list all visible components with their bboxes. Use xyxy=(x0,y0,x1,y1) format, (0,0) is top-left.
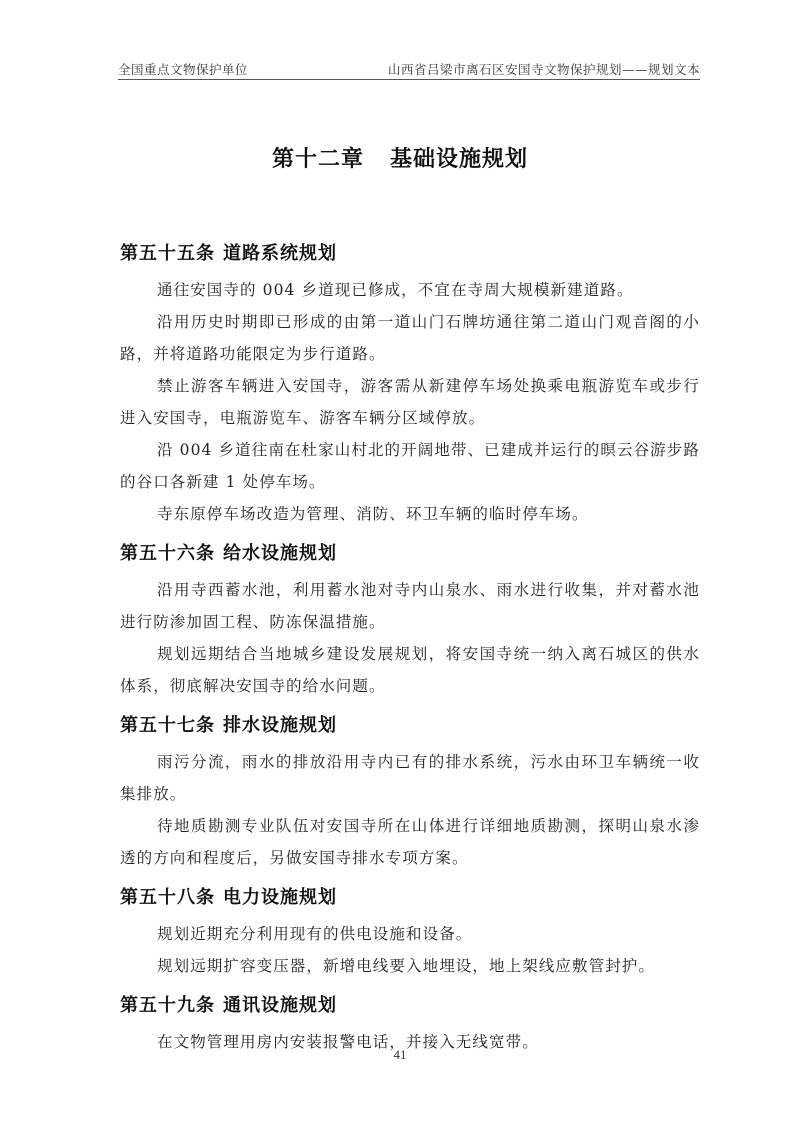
header-left: 全国重点文物保护单位 xyxy=(118,60,248,78)
chapter-title: 第十二章基础设施规划 xyxy=(0,142,800,173)
article-title: 给水设施规划 xyxy=(223,543,337,564)
paragraph: 禁止游客车辆进入安国寺，游客需从新建停车场处换乘电瓶游览车或步行进入安国寺，电瓶… xyxy=(120,370,700,434)
paragraph: 待地质勘测专业队伍对安国寺所在山体进行详细地质勘测，探明山泉水渗透的方向和程度后… xyxy=(120,810,700,874)
article-heading-59: 第五十九条通讯设施规划 xyxy=(120,986,700,1026)
chapter-name: 基础设施规划 xyxy=(390,147,528,172)
article-number: 第五十六条 xyxy=(120,543,215,564)
article-title: 通讯设施规划 xyxy=(223,995,337,1016)
body-content: 第五十五条道路系统规划 通往安国寺的 004 乡道现已修成，不宜在寺周大规模新建… xyxy=(120,230,700,1058)
article-title: 排水设施规划 xyxy=(223,715,337,736)
paragraph: 寺东原停车场改造为管理、消防、环卫车辆的临时停车场。 xyxy=(120,498,700,530)
document-page: 全国重点文物保护单位 山西省吕梁市离石区安国寺文物保护规划——规划文本 第十二章… xyxy=(0,0,800,1131)
paragraph: 规划远期结合当地城乡建设发展规划，将安国寺统一纳入离石城区的供水体系，彻底解决安… xyxy=(120,638,700,702)
running-header: 全国重点文物保护单位 山西省吕梁市离石区安国寺文物保护规划——规划文本 xyxy=(118,60,700,80)
header-right: 山西省吕梁市离石区安国寺文物保护规划——规划文本 xyxy=(388,60,700,78)
paragraph: 沿用寺西蓄水池，利用蓄水池对寺内山泉水、雨水进行收集，并对蓄水池进行防渗加固工程… xyxy=(120,574,700,638)
article-number: 第五十八条 xyxy=(120,887,215,908)
article-heading-57: 第五十七条排水设施规划 xyxy=(120,706,700,746)
article-heading-56: 第五十六条给水设施规划 xyxy=(120,534,700,574)
page-number: 41 xyxy=(0,1047,800,1063)
article-title: 电力设施规划 xyxy=(223,887,337,908)
article-number: 第五十九条 xyxy=(120,995,215,1016)
article-title: 道路系统规划 xyxy=(223,243,337,264)
paragraph: 沿 004 乡道往南在杜家山村北的开阔地带、已建成并运行的暝云谷游步路的谷口各新… xyxy=(120,434,700,498)
chapter-number: 第十二章 xyxy=(272,147,364,172)
article-number: 第五十七条 xyxy=(120,715,215,736)
paragraph: 通往安国寺的 004 乡道现已修成，不宜在寺周大规模新建道路。 xyxy=(120,274,700,306)
article-heading-58: 第五十八条电力设施规划 xyxy=(120,878,700,918)
article-number: 第五十五条 xyxy=(120,243,215,264)
paragraph: 规划近期充分利用现有的供电设施和设备。 xyxy=(120,918,700,950)
paragraph: 沿用历史时期即已形成的由第一道山门石牌坊通往第二道山门观音阁的小路，并将道路功能… xyxy=(120,306,700,370)
article-heading-55: 第五十五条道路系统规划 xyxy=(120,234,700,274)
paragraph: 雨污分流，雨水的排放沿用寺内已有的排水系统，污水由环卫车辆统一收集排放。 xyxy=(120,746,700,810)
paragraph: 规划远期扩容变压器，新增电线要入地埋设，地上架线应敷管封护。 xyxy=(120,950,700,982)
